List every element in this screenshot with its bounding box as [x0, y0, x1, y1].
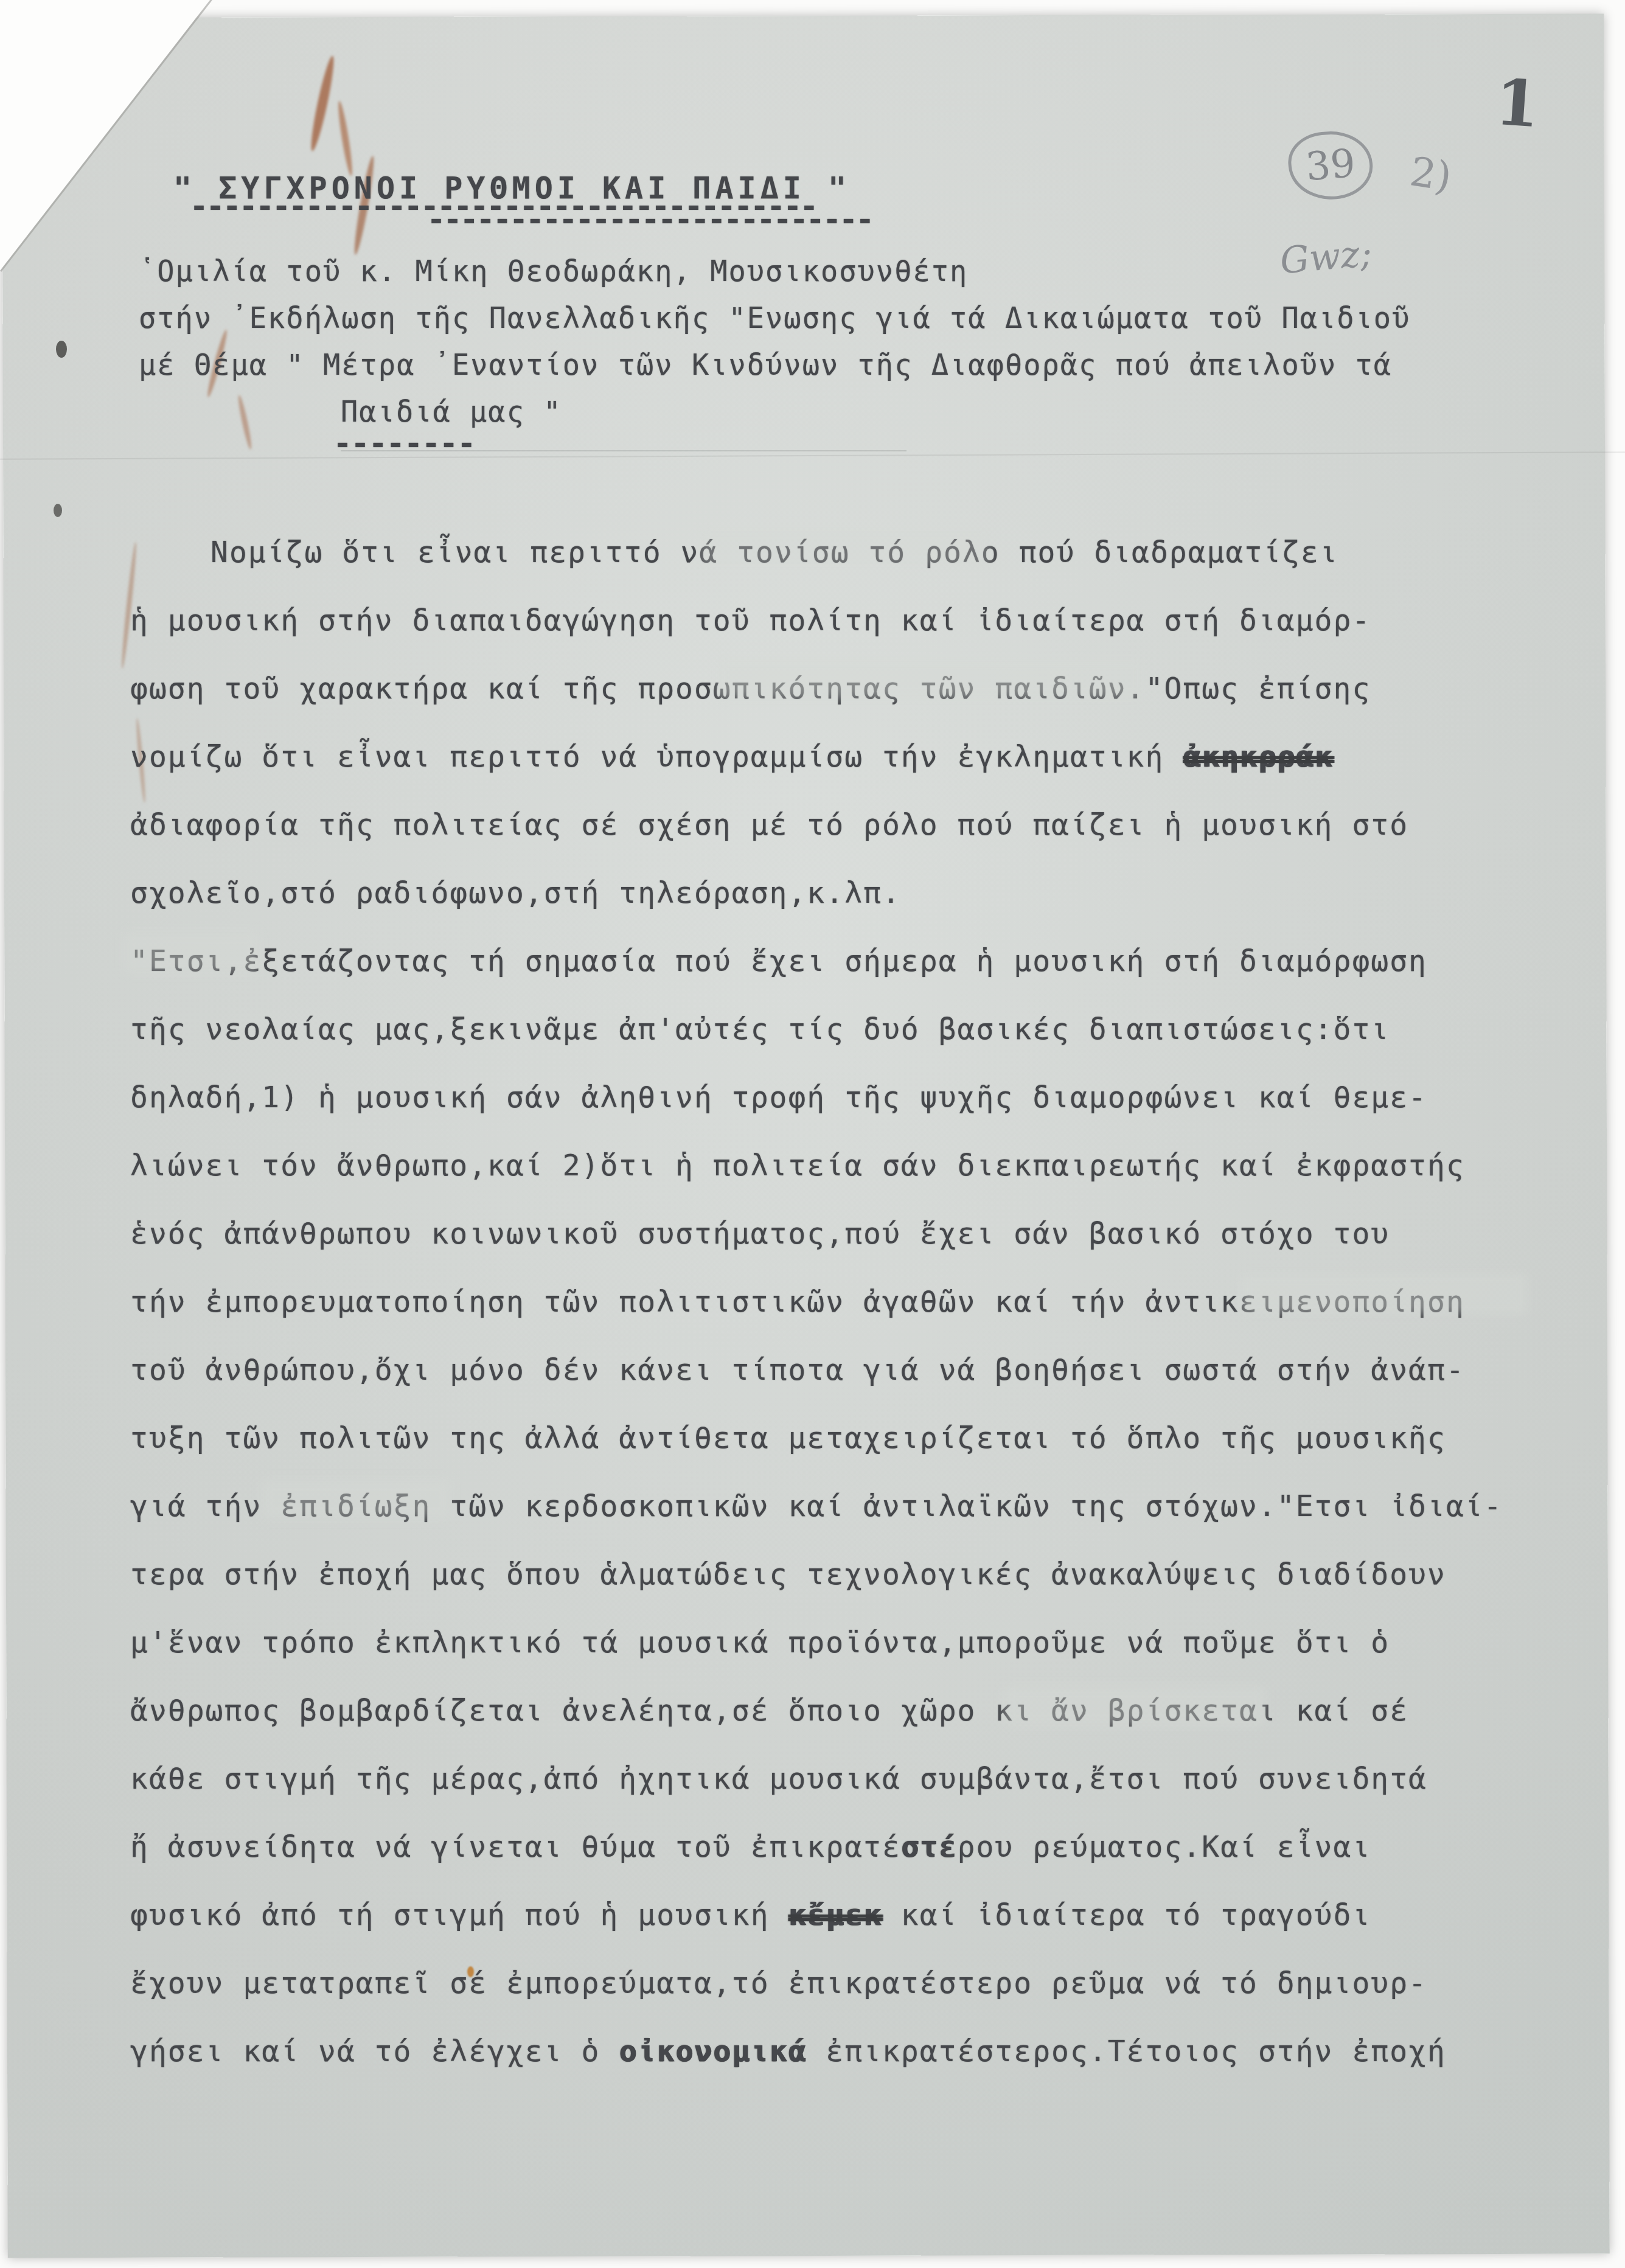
text-segment: δηλαδή,1) ἡ μουσική σάν ἀληθινή τροφή τῆ…: [130, 1080, 1427, 1115]
text-line: φωση τοῦ χαρακτήρα καί τῆς προσωπικότητα…: [130, 655, 1503, 723]
text-segment: ἑνός ἀπάνθρωπου κοινωνικοῦ συστήματος,πο…: [130, 1217, 1390, 1251]
text-line: τῆς νεολαίας μας,ξεκινᾶμε ἀπ'αὐτές τίς δ…: [130, 995, 1503, 1063]
text-line: κάθε στιγμή τῆς μέρας,ἀπό ἠχητικά μουσικ…: [130, 1745, 1503, 1813]
text-segment: τερα στήν ἐποχή μας ὅπου ἁλματώδεις τεχν…: [130, 1557, 1446, 1591]
text-line: λιώνει τόν ἄνθρωπο,καί 2)ὅτι ἡ πολιτεία …: [130, 1132, 1503, 1200]
text-line: μέ Θέμα " Μέτρα ᾿Εναντίον τῶν Κινδύνων τ…: [139, 342, 1410, 389]
text-segment: γήσει καί νά τό ἐλέγχει ὁ: [130, 2034, 619, 2068]
text-segment: ἤ ἀσυνείδητα νά γίνεται θύμα τοῦ ἐπικρατ…: [130, 1830, 901, 1864]
scanned-page-canvas: 1 39 2) Gwz; " ΣΥΓΧΡΟΝΟΙ ΡΥΘΜΟΙ ΚΑΙ ΠΑΙΔ…: [0, 0, 1625, 2268]
text-line: νομίζω ὅτι εἶναι περιττό νά ὑπογραμμίσω …: [130, 723, 1503, 791]
text-line: μ'ἕναν τρόπο ἐκπληκτικό τά μουσικά προϊό…: [130, 1609, 1503, 1677]
text-segment: φωση τοῦ χαρακτήρα καί τῆς προσωπικότητα…: [130, 672, 1371, 706]
text-line: Νομίζω ὅτι εἶναι περιττό νά τονίσω τό ρό…: [130, 518, 1503, 586]
separator-faint-line: [341, 450, 906, 451]
title-underline-row2: ---------------------------: [427, 206, 872, 234]
text-segment: ἡ μουσική στήν διαπαιδαγώγηση τοῦ πολίτη…: [130, 604, 1371, 638]
text-segment: μ'ἕναν τρόπο ἐκπληκτικό τά μουσικά προϊό…: [130, 1626, 1390, 1660]
text-line: ἔχουν μετατραπεῖ σέ ἐμπορεύματα,τό ἐπικρ…: [130, 1949, 1503, 2017]
text-line: ἄνθρωπος βομβαρδίζεται ἀνελέητα,σέ ὅποιο…: [130, 1677, 1503, 1745]
text-segment: Παιδιά μας ": [341, 395, 562, 429]
text-line: ἡ μουσική στήν διαπαιδαγώγηση τοῦ πολίτη…: [130, 586, 1503, 655]
text-line: "Ετσι,ἐξετάζοντας τή σημασία πού ἔχει σή…: [130, 927, 1503, 995]
text-segment: ῾Ομιλία τοῦ κ. Μίκη Θεοδωράκη, Μουσικοσυ…: [139, 255, 968, 288]
text-segment: οἰκονομικά: [619, 2034, 807, 2068]
circled-number-text: 39: [1304, 141, 1357, 190]
text-segment: ἐπικρατέστερος.Τέτοιος στήν ἐποχή: [807, 2034, 1446, 2068]
text-line: γήσει καί νά τό ἐλέγχει ὁ οἰκονομικά ἐπι…: [130, 2017, 1503, 2085]
text-segment: "Ετσι,ἐξετάζοντας τή σημασία πού ἔχει σή…: [130, 944, 1427, 978]
text-segment: γιά τήν ἐπιδίωξη τῶν κερδοσκοπικῶν καί ἀ…: [130, 1489, 1503, 1523]
text-segment: λιώνει τόν ἄνθρωπο,καί 2)ὅτι ἡ πολιτεία …: [130, 1149, 1465, 1183]
text-line: σχολεῖο,στό ραδιόφωνο,στή τηλεόραση,κ.λπ…: [130, 859, 1503, 927]
text-segment: στέ: [901, 1830, 958, 1864]
text-line: ἑνός ἀπάνθρωπου κοινωνικοῦ συστήματος,πο…: [130, 1200, 1503, 1268]
body-text: Νομίζω ὅτι εἶναι περιττό νά τονίσω τό ρό…: [130, 518, 1503, 2085]
text-segment: τοῦ ἀνθρώπου,ὄχι μόνο δέν κάνει τίποτα γ…: [130, 1353, 1465, 1387]
text-segment: μέ Θέμα " Μέτρα ᾿Εναντίον τῶν Κινδύνων τ…: [139, 349, 1392, 382]
text-segment: τήν ἐμπορευματοποίηση τῶν πολιτιστικῶν ἀ…: [130, 1285, 1465, 1319]
text-segment: τυξη τῶν πολιτῶν της ἀλλά ἀντίθετα μεταχ…: [130, 1421, 1446, 1455]
text-line: γιά τήν ἐπιδίωξη τῶν κερδοσκοπικῶν καί ἀ…: [130, 1472, 1503, 1540]
text-line: δηλαδή,1) ἡ μουσική σάν ἀληθινή τροφή τῆ…: [130, 1063, 1503, 1132]
text-line: ῾Ομιλία τοῦ κ. Μίκη Θεοδωράκη, Μουσικοσυ…: [139, 248, 1410, 295]
text-line: τερα στήν ἐποχή μας ὅπου ἁλματώδεις τεχν…: [130, 1540, 1503, 1609]
text-segment: φυσικό ἀπό τή στιγμή πού ἡ μουσική: [130, 1898, 788, 1932]
text-segment: κάθε στιγμή τῆς μέρας,ἀπό ἠχητικά μουσικ…: [130, 1762, 1427, 1796]
text-segment: τῆς νεολαίας μας,ξεκινᾶμε ἀπ'αὐτές τίς δ…: [130, 1012, 1390, 1046]
text-line: τυξη τῶν πολιτῶν της ἀλλά ἀντίθετα μεταχ…: [130, 1404, 1503, 1472]
text-line: Παιδιά μας ": [139, 389, 1410, 436]
text-segment: κἔμεκ: [788, 1898, 882, 1932]
text-segment: στήν ᾿Εκδήλωση τῆς Πανελλαδικῆς "Ενωσης …: [139, 302, 1410, 335]
text-segment: ἔχουν μετατραπεῖ σέ ἐμπορεύματα,τό ἐπικρ…: [130, 1966, 1427, 2000]
text-line: φυσικό ἀπό τή στιγμή πού ἡ μουσική κἔμεκ…: [130, 1881, 1503, 1949]
header-block: ῾Ομιλία τοῦ κ. Μίκη Θεοδωράκη, Μουσικοσυ…: [139, 248, 1410, 436]
text-line: ἤ ἀσυνείδητα νά γίνεται θύμα τοῦ ἐπικρατ…: [130, 1813, 1503, 1881]
section-separator: --------: [333, 426, 475, 461]
staple-mark: [56, 341, 67, 358]
handwritten-note: 2): [1407, 148, 1455, 201]
text-segment: Νομίζω ὅτι εἶναι περιττό νά τονίσω τό ρό…: [211, 535, 1338, 569]
text-segment: σχολεῖο,στό ραδιόφωνο,στή τηλεόραση,κ.λπ…: [130, 876, 901, 910]
text-line: ἀδιαφορία τῆς πολιτείας σέ σχέση μέ τό ρ…: [130, 791, 1503, 859]
text-segment: καί ἰδιαίτερα τό τραγούδι: [882, 1898, 1371, 1932]
text-line: τοῦ ἀνθρώπου,ὄχι μόνο δέν κάνει τίποτα γ…: [130, 1336, 1503, 1404]
text-segment: ἀδιαφορία τῆς πολιτείας σέ σχέση μέ τό ρ…: [130, 808, 1408, 842]
text-segment: ἀκηκρράκ: [1183, 740, 1333, 774]
text-line: τήν ἐμπορευματοποίηση τῶν πολιτιστικῶν ἀ…: [130, 1268, 1503, 1336]
text-segment: ρου ρεύματος.Καί εἶναι: [958, 1830, 1371, 1864]
text-segment: νομίζω ὅτι εἶναι περιττό νά ὑπογραμμίσω …: [130, 740, 1183, 774]
text-segment: ἄνθρωπος βομβαρδίζεται ἀνελέητα,σέ ὅποιο…: [130, 1694, 1408, 1728]
staple-mark: [54, 504, 62, 517]
handwritten-page-number: 1: [1493, 64, 1542, 142]
text-line: στήν ᾿Εκδήλωση τῆς Πανελλαδικῆς "Ενωσης …: [139, 295, 1410, 342]
